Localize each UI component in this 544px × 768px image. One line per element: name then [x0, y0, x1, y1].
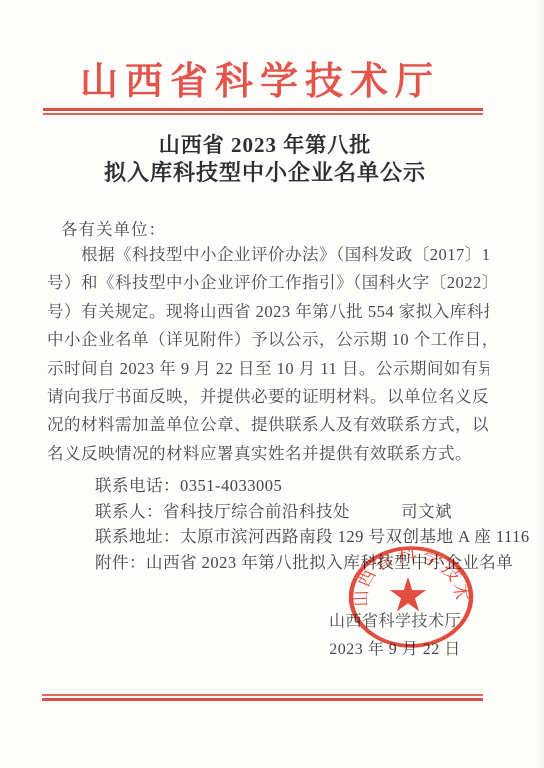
body-paragraph: 根据《科技型中小企业评价办法》（国科发政〔2017〕115 号）和《科技型中小企…: [47, 241, 489, 468]
divider-thick-bar: [42, 698, 483, 701]
signature-date: 2023 年 9 月 22 日: [316, 636, 474, 664]
signature-block: 山西省科学技术厅 2023 年 9 月 22 日: [316, 608, 474, 664]
contact-phone: 联系电话：0351-4033005: [95, 473, 495, 499]
paragraph-line: 名义反映情况的材料应署真实姓名并提供有效联系方式。: [47, 440, 489, 468]
paragraph-line: 况的材料需加盖单位公章、提供联系人及有效联系方式，以个人: [47, 411, 489, 439]
contact-address: 联系地址：太原市滨河西路南段 129 号双创基地 A 座 1116: [95, 524, 495, 550]
signature-agency: 山西省科学技术厅: [316, 608, 474, 636]
paragraph-line: 示时间自 2023 年 9 月 22 日至 10 月 11 日。公示期间如有异议…: [47, 355, 489, 383]
paragraph-line: 根据《科技型中小企业评价办法》（国科发政〔2017〕115: [47, 241, 489, 269]
footer-divider-rule: [42, 694, 483, 701]
seal-star-icon: [390, 577, 426, 611]
letterhead-divider-rule: [43, 108, 483, 115]
salutation: 各有关单位：: [61, 216, 166, 240]
paragraph-line: 号）和《科技型中小企业评价工作指引》（国科火字〔2022〕67: [47, 269, 489, 297]
scanned-official-notice: 山西省科学技术厅 山西省 2023 年第八批 拟入库科技型中小企业名单公示 各有…: [0, 0, 544, 768]
contact-person: 联系人：省科技厅综合前沿科技处 司文斌: [95, 499, 495, 525]
document-title-line1: 山西省 2023 年第八批: [0, 129, 530, 159]
attachment-line: 附件：山西省 2023 年第八批拟入库科技型中小企业名单: [95, 550, 495, 576]
paragraph-line: 请向我厅书面反映，并提供必要的证明材料。以单位名义反映情: [47, 383, 489, 411]
letterhead-agency-name: 山西省科学技术厅: [0, 50, 520, 105]
paragraph-line: 号）有关规定。现将山西省 2023 年第八批 554 家拟入库科技型: [47, 298, 489, 326]
contact-block: 联系电话：0351-4033005 联系人：省科技厅综合前沿科技处 司文斌 联系…: [95, 473, 495, 575]
document-title-line2: 拟入库科技型中小企业名单公示: [0, 156, 530, 187]
divider-thin-bar: [43, 113, 483, 115]
paragraph-line: 中小企业名单（详见附件）予以公示，公示期 10 个工作日，公: [47, 326, 489, 354]
